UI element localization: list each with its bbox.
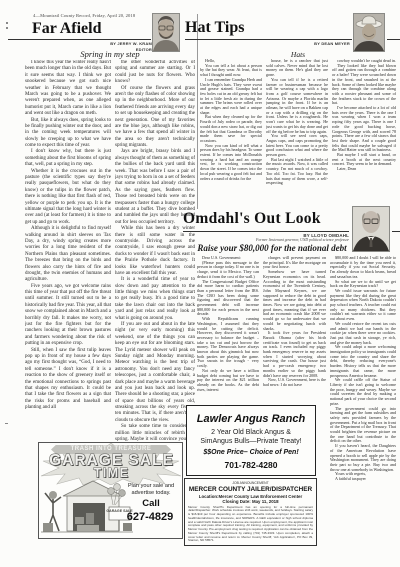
job-ad-location: Location:Mercer County Law Enforcement C… (188, 494, 313, 499)
lawler-angus-ad: Lawler Angus Ranch 2 Year Old Black Angu… (186, 405, 316, 476)
kram-portrait-icon (153, 14, 179, 51)
body-paragraph: I've become attached to a lot of old hat… (332, 106, 396, 153)
newspaper-page: 4—Mountrail County Record, Friday, April… (0, 0, 400, 567)
body-paragraph: the other wonderful activities of spring… (115, 60, 195, 86)
body-paragraph: charges will prevent payment on the prin… (263, 256, 326, 270)
lawler-ad-line2: SimAngus Bulls—Private Treaty! (187, 438, 315, 445)
body-paragraph: We could raffle off the Statue of Libert… (330, 378, 396, 406)
scan-speck (6, 22, 8, 24)
garage-ad-phone: 627-4829 (117, 511, 183, 523)
body-paragraph: I know this year the winter really hasn'… (25, 60, 111, 118)
column-divider (197, 14, 198, 209)
jerry-kram-photo (152, 13, 180, 52)
body-paragraph: I can remember Grandpa Herb and Uncle Hu… (200, 78, 262, 116)
body-paragraph: Whether it is the crocuses out in the pa… (25, 169, 111, 227)
omdahl-rule (183, 231, 349, 232)
lawler-ad-phone: 701-782-4280 (187, 460, 315, 470)
job-ad-closing-date: Closing Date: May 11, 2018 (188, 499, 313, 504)
garage-scene-illustration: GARAGE SALE (41, 479, 133, 537)
scan-speck (5, 423, 8, 424)
body-paragraph: But when they cleaned up for the Fourth … (200, 115, 262, 143)
omdahl-column-2: charges will prevent payment on the prin… (263, 256, 326, 403)
mercer-county-job-ad: JOB ANNOUNCEMENT MERCER COUNTY JAILER/DI… (184, 478, 317, 546)
body-paragraph: Of course the flowers and grass aren't t… (115, 86, 195, 150)
lawler-ad-line1: 2 Year Old Black Angus & (187, 429, 315, 436)
omdahl-credential: Former lieutenant governor, UND politica… (199, 238, 349, 242)
hat-tips-column-2: house, he is a rancher that just sold ca… (266, 59, 328, 209)
far-afield-subhead: Spring in my step (25, 49, 195, 59)
garage-ad-tagline: Plan your sale and advertise today. (121, 483, 181, 497)
body-paragraph: But, like it always does, spring looks t… (25, 118, 111, 150)
lawler-ad-title: Lawler Angus Ranch (187, 413, 315, 425)
omdahl-rule-end (392, 231, 400, 232)
body-paragraph: We could restore the recent tax cuts and… (330, 322, 396, 346)
job-ad-title: MERCER COUNTY JAILER/DISPATCHER (188, 486, 313, 493)
body-paragraph: Now, U.S. Government, here is the bad ne… (263, 378, 326, 387)
far-afield-title: Far Afield (32, 20, 101, 38)
omdahl-column-3: $80,000 and I doubt I will be able to ac… (330, 256, 396, 541)
body-paragraph: Five years ago, we got welcome rains thi… (25, 284, 111, 348)
job-ad-fine-print: Mercer County Sheriff's Department has a… (188, 506, 313, 544)
body-paragraph: While this has been a dry winter there i… (115, 226, 195, 277)
body-paragraph: We could adopt a more welcoming immigrat… (330, 345, 396, 378)
hat-tips-rule-end (387, 39, 400, 40)
omdahl-title: Omdahl's Out Look (183, 210, 321, 228)
body-paragraph: house, he is a rancher that just sold ca… (266, 59, 328, 78)
body-paragraph: You can tell a lot about a person by the… (200, 64, 262, 78)
body-paragraph: Not only do we have a trillion budget de… (197, 369, 259, 393)
garage-sale-title-2: TIME (39, 466, 184, 480)
hat-tips-column-1: Hello,You can tell a lot about a person … (200, 59, 262, 209)
far-afield-rule (8, 39, 151, 40)
body-paragraph: Although it is delightful to find myself… (25, 226, 111, 284)
body-paragraph: $80,000 and I doubt I will be able to ac… (330, 256, 396, 280)
hat-tips-byline: BY DEAN MEYER (255, 41, 350, 47)
body-paragraph: It took five years for President Barack … (263, 331, 326, 378)
garage-ad-call-label: Call (121, 498, 181, 509)
body-paragraph: But maybe I will start a band, or rent a… (332, 153, 396, 167)
body-paragraph: Still, when I saw the first tulip leaves… (25, 348, 111, 412)
body-paragraph: It is a wonderful time of year to slow d… (115, 277, 195, 322)
body-paragraph: They looked like they had blown off and … (332, 64, 396, 106)
body-paragraph: (Please pass this message to the person … (197, 261, 259, 280)
masthead: 4—Mountrail County Record, Friday, April… (33, 13, 135, 18)
dean-meyer-photo (353, 13, 385, 52)
omdahl-subhead: Raise your $80,000 for the national debt (192, 243, 352, 253)
body-paragraph: The Congressional Budget Office did more… (197, 280, 259, 318)
omdahl-portrait-icon (353, 207, 389, 251)
lawler-ad-line3: $$One Price– Choice of Pen! (187, 449, 315, 456)
lloyd-omdahl-photo (352, 206, 390, 252)
body-paragraph: If you are out and about in the late nig… (115, 322, 195, 424)
hat-tips-title: Hat Tips (185, 19, 244, 37)
body-paragraph: Later, Dean (332, 167, 396, 172)
body-paragraph: The government could go into farming and… (330, 407, 396, 445)
hat-tips-subhead: Hats (200, 50, 396, 59)
meyer-portrait-icon (354, 14, 384, 51)
scan-speck (6, 27, 8, 29)
body-paragraph: Now you can kind of tell what a person d… (200, 144, 262, 182)
body-paragraph: You can tell if he is a retired farmer o… (266, 78, 328, 134)
body-paragraph: If you haven't heard, the Daughters of t… (330, 444, 396, 472)
job-ad-kicker: JOB ANNOUNCEMENT (188, 481, 313, 485)
body-paragraph: Somehow we have turned Keynesian economi… (263, 270, 326, 331)
body-paragraph: But last night I watched a little of the… (266, 158, 328, 186)
body-paragraph: We could issue warrants for future payme… (330, 289, 396, 322)
hat-tips-rule (185, 39, 352, 40)
body-paragraph: I don't know why, but there is just some… (25, 149, 111, 168)
omdahl-column-1: Dear U.S. Government:(Please pass this m… (197, 256, 259, 403)
body-paragraph: You will see seed corn caps, Angus caps,… (266, 134, 328, 158)
hat-tips-column-3: cowboy wouldn't be caught dead in.They l… (332, 59, 396, 209)
far-afield-column-1: I know this year the winter really hasn'… (25, 60, 111, 443)
far-afield-column-2: the other wonderful activities of spring… (115, 60, 195, 443)
body-paragraph: So take some time to consider the millio… (115, 424, 195, 443)
body-paragraph: A faithful taxpayer (330, 477, 396, 482)
body-paragraph: With Republicans running Washington, I a… (197, 317, 259, 369)
garage-sale-ad: TRASH INTO TREASURE GARAGE SALE TIME GAR… (38, 442, 183, 539)
